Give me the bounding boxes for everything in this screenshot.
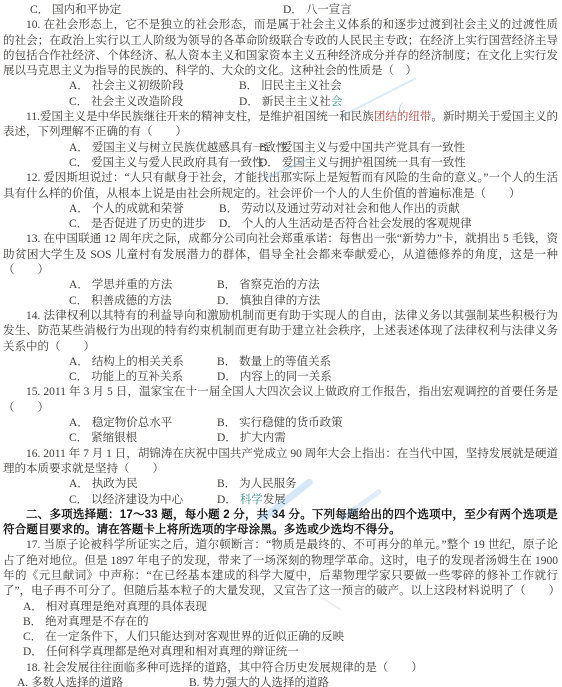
option-label: C． <box>30 4 49 16</box>
text-segment: 11.爱国主义是中华民族继往开来的精神支柱，是维护祖国统一和民族 <box>26 111 374 123</box>
option-C: C．积善成德的方法 <box>69 294 217 309</box>
option-D: D．八一宣言 <box>283 3 352 18</box>
text-segment: 爱国主义与爱人民政府具有一致性 <box>91 157 264 169</box>
text-segment: 发展 <box>263 494 286 506</box>
option-D: D．科学发展 <box>217 493 286 508</box>
option-label: D． <box>259 157 279 169</box>
text-segment: 14. 法律权利以其特有的利益导向和激励机制而更有助于实现人的自由，法律义务以其… <box>3 310 558 353</box>
text-segment: 相对真理是绝对真理的具体表现 <box>46 601 207 613</box>
option-label: D． <box>239 96 259 108</box>
option-C: C．功能上的互补关系 <box>69 370 217 385</box>
options-row: A．社会主义初级阶段B．旧民主主义社会 <box>3 79 558 94</box>
option-C: C．以经济建设为中心 <box>69 493 217 508</box>
options-row: A．学思并重的方法B．省察克治的方法 <box>3 278 558 293</box>
option-A: A．个人的成就和荣誉 <box>69 202 219 217</box>
question-13: 13. 在中国联通 12 周年庆之际，成都分公司向社会郑重承诺：每售出一张“新势… <box>3 232 558 308</box>
option-B: B．爱国主义与爱中国共产党具有一致性 <box>259 141 465 156</box>
option-A: A．相对真理是绝对真理的具体表现 <box>23 600 207 615</box>
text-segment: 数量上的等值关系 <box>239 356 331 368</box>
option-label: A． <box>69 279 89 291</box>
option-B: B．旧民主主义社会 <box>239 79 342 94</box>
question-15: 15. 2011 年 3 月 5 日，温家宝在十一届全国人大四次会议上做政府工作… <box>3 385 558 446</box>
options-row: A．个人的成就和荣誉B．劳动以及通过劳动对社会和他人作出的贡献 <box>3 202 558 217</box>
question-stem: 17. 当原子论被科学所证实之后，道尔顿断言：“物质是最终的、不可再分的单元。”… <box>3 538 558 599</box>
text-segment: 会 <box>331 96 343 108</box>
text-segment: 稳定物价总水平 <box>92 417 173 429</box>
option-label: A． <box>69 203 89 215</box>
option-B: B．为人民服务 <box>217 477 297 492</box>
option-label: C． <box>69 371 88 383</box>
option-label: C． <box>69 494 88 506</box>
text-segment: 学思并重的方法 <box>92 279 173 291</box>
text-segment: 省察克治的方法 <box>239 279 320 291</box>
option-label: C． <box>69 432 88 444</box>
question-stem: 16. 2011 年 7 月 1 日，胡锦涛在庆祝中国共产党成立 90 周年大会… <box>3 447 558 478</box>
option-label: A． <box>69 142 89 154</box>
option-A: A．稳定物价总水平 <box>69 416 217 431</box>
option-text: 国内和平协定 <box>52 4 121 16</box>
option-label: B． <box>217 417 236 429</box>
options-row: C．社会主义改造阶段D．新民主主义社会 <box>3 95 558 110</box>
option-A: A．爱国主义与树立民族优越感具有一致性 <box>69 141 259 156</box>
text-segment: 17. 当原子论被科学所证实之后，道尔顿断言：“物质是最终的、不可再分的单元。”… <box>3 539 560 597</box>
orphan-option-row: C．国内和平协定 D．八一宣言 <box>3 3 558 18</box>
option-label: A． <box>23 601 43 613</box>
options-row: A．稳定物价总水平B．实行稳健的货币政策 <box>3 416 558 431</box>
question-17: 17. 当原子论被科学所证实之后，道尔顿断言：“物质是最终的、不可再分的单元。”… <box>3 538 558 660</box>
question-stem: 14. 法律权利以其特有的利益导向和激励机制而更有助于实现人的自由，法律义务以其… <box>3 309 558 355</box>
option-label: B． <box>219 203 238 215</box>
question-18: 18. 社会发展往往面临多种可选择的道路，其中符合历史发展规律的是（ ）A.多数… <box>3 661 558 687</box>
text-segment: 绝对真理是不存在的 <box>45 616 149 628</box>
options-row: A．相对真理是绝对真理的具体表现 <box>3 600 558 615</box>
text-segment: 执政为民 <box>92 478 138 490</box>
options-row: A.多数人选择的道路B.势力强大的人选择的道路 <box>3 676 558 687</box>
text-segment: 团结的纽带 <box>374 111 432 123</box>
option-C: C．在一定条件下，人们只能达到对客观世界的近似正确的反映 <box>23 630 344 645</box>
options-row: C．爱国主义与爱人民政府具有一致性D．爱国主义与拥护祖国统一具有一致性 <box>3 156 558 171</box>
text-segment: 为人民服务 <box>239 478 297 490</box>
options-row: C．是否促进了历史的进步D．个人的人生活动是否符合社会发展的客观规律 <box>3 217 558 232</box>
option-label: B． <box>217 356 236 368</box>
option-label: B． <box>217 279 236 291</box>
text-segment: 13. 在中国联通 12 周年庆之际，成都分公司向社会郑重承诺：每售出一张“新势… <box>3 233 558 276</box>
text-segment: 紧缩银根 <box>91 432 137 444</box>
options-row: A．执政为民B．为人民服务 <box>3 477 558 492</box>
options-row: C．功能上的互补关系D．内容上的同一关系 <box>3 370 558 385</box>
option-D: D．新民主主义社会 <box>239 95 342 110</box>
option-A: A.多数人选择的道路 <box>17 676 189 687</box>
option-A: A．社会主义初级阶段 <box>69 79 239 94</box>
option-label: C． <box>69 96 88 108</box>
text-segment: 爱国主义与树立民族优越感具有一致性 <box>92 142 288 154</box>
text-segment: 扩大内需 <box>240 432 286 444</box>
text-segment: 势力强大的人选择的道路 <box>203 677 330 687</box>
exam-page: C．国内和平协定 D．八一宣言 10. 在社会形态上，它不是独立的社会形态，而是… <box>0 0 562 687</box>
option-C: C．紧缩银根 <box>69 431 217 446</box>
question-14: 14. 法律权利以其特有的利益导向和激励机制而更有助于实现人的自由，法律义务以其… <box>3 309 558 385</box>
options-row: D．任何科学真理都是绝对真理和相对真理的辩证统一 <box>3 645 558 660</box>
text-segment: 12. 爱因斯坦说过：“人只有献身于社会，才能找出那实际上是短暂而有风险的生命的… <box>3 172 558 199</box>
text-segment: 科学 <box>240 494 263 506</box>
option-C: C．国内和平协定 <box>30 3 283 18</box>
question-12: 12. 爱因斯坦说过：“人只有献身于社会，才能找出那实际上是短暂而有风险的生命的… <box>3 171 558 232</box>
text-segment: 在一定条件下，人们只能达到对客观世界的近似正确的反映 <box>45 631 344 643</box>
options-row: C．紧缩银根D．扩大内需 <box>3 431 558 446</box>
option-label: C． <box>23 631 42 643</box>
text-segment: 实行稳健的货币政策 <box>239 417 343 429</box>
question-stem: 10. 在社会形态上，它不是独立的社会形态，而是属于社会主义体系的和逐步过渡到社… <box>3 18 558 79</box>
option-A: A．结构上的相关关系 <box>69 355 217 370</box>
text-segment: 多数人选择的道路 <box>31 677 123 687</box>
text-segment: 爱国主义与拥护祖国统一具有一致性 <box>282 157 466 169</box>
option-D: D．个人的人生活动是否符合社会发展的客观规律 <box>219 217 472 232</box>
option-B: B．劳动以及通过劳动对社会和他人作出的贡献 <box>219 202 460 217</box>
option-C: C．社会主义改造阶段 <box>69 95 239 110</box>
option-D: D．任何科学真理都是绝对真理和相对真理的辩证统一 <box>23 645 299 660</box>
option-D: D．慎独自律的方法 <box>217 294 320 309</box>
option-label: C． <box>69 218 88 230</box>
multi-choice-questions: 17. 当原子论被科学所证实之后，道尔顿断言：“物质是最终的、不可再分的单元。”… <box>3 538 558 687</box>
option-text: 八一宣言 <box>306 4 352 16</box>
options-row: A．爱国主义与树立民族优越感具有一致性B．爱国主义与爱中国共产党具有一致性 <box>3 141 558 156</box>
option-label: A． <box>69 417 89 429</box>
option-C: C．爱国主义与爱人民政府具有一致性 <box>69 156 259 171</box>
options-row: C．积善成德的方法D．慎独自律的方法 <box>3 294 558 309</box>
text-segment: 旧民主主义社会 <box>261 80 342 92</box>
option-label: A． <box>69 356 89 368</box>
text-segment: 积善成德的方法 <box>91 295 172 307</box>
option-label: C． <box>69 295 88 307</box>
options-row: C．以经济建设为中心D．科学发展 <box>3 493 558 508</box>
text-segment: 以经济建设为中心 <box>91 494 183 506</box>
options-row: C．在一定条件下，人们只能达到对客观世界的近似正确的反映 <box>3 630 558 645</box>
option-label: D． <box>217 432 237 444</box>
text-segment: 爱国主义与爱中国共产党具有一致性 <box>281 142 465 154</box>
option-A: A．学思并重的方法 <box>69 278 217 293</box>
text-segment: 10. 在社会形态上，它不是独立的社会形态，而是属于社会主义体系的和逐步过渡到社… <box>3 19 558 77</box>
option-label: B． <box>259 142 278 154</box>
question-16: 16. 2011 年 7 月 1 日，胡锦涛在庆祝中国共产党成立 90 周年大会… <box>3 447 558 508</box>
option-label: B． <box>217 478 236 490</box>
text-segment: 结构上的相关关系 <box>92 356 184 368</box>
text-segment: 社会主义改造阶段 <box>91 96 183 108</box>
single-choice-questions: 10. 在社会形态上，它不是独立的社会形态，而是属于社会主义体系的和逐步过渡到社… <box>3 18 558 508</box>
question-stem: 15. 2011 年 3 月 5 日，温家宝在十一届全国人大四次会议上做政府工作… <box>3 385 558 416</box>
option-label: D． <box>217 371 237 383</box>
option-B: B．实行稳健的货币政策 <box>217 416 343 431</box>
text-segment: 16. 2011 年 7 月 1 日，胡锦涛在庆祝中国共产党成立 90 周年大会… <box>3 448 558 475</box>
text-segment: 慎独自律的方法 <box>240 295 321 307</box>
option-A: A．执政为民 <box>69 477 217 492</box>
text-segment: 18. 社会发展往往面临多种可选择的道路，其中符合历史发展规律的是（ ） <box>26 662 423 674</box>
question-stem: 11.爱国主义是中华民族继往开来的精神支柱，是维护祖国统一和民族团结的纽带。新时… <box>3 110 558 141</box>
option-B: B．省察克治的方法 <box>217 278 320 293</box>
option-label: C． <box>69 157 88 169</box>
option-label: D． <box>217 295 237 307</box>
text-segment: 个人的人生活动是否符合社会发展的客观规律 <box>242 218 472 230</box>
text-segment: 是否促进了历史的进步 <box>91 218 206 230</box>
option-label: B． <box>23 616 42 628</box>
option-label: A． <box>69 478 89 490</box>
option-D: D．扩大内需 <box>217 431 286 446</box>
option-label: D． <box>217 494 237 506</box>
option-label: D． <box>23 646 43 658</box>
question-stem: 12. 爱因斯坦说过：“人只有献身于社会，才能找出那实际上是短暂而有风险的生命的… <box>3 171 558 202</box>
question-11: 11.爱国主义是中华民族继往开来的精神支柱，是维护祖国统一和民族团结的纽带。新时… <box>3 110 558 171</box>
text-segment: 任何科学真理都是绝对真理和相对真理的辩证统一 <box>46 646 299 658</box>
option-B: B．绝对真理是不存在的 <box>23 615 149 630</box>
text-segment: 个人的成就和荣誉 <box>92 203 184 215</box>
text-segment: 15. 2011 年 3 月 5 日，温家宝在十一届全国人大四次会议上做政府工作… <box>3 386 558 413</box>
option-B: B.势力强大的人选择的道路 <box>189 676 329 687</box>
text-segment: 功能上的互补关系 <box>91 371 183 383</box>
text-segment: 劳动以及通过劳动对社会和他人作出的贡献 <box>241 203 460 215</box>
option-D: D．内容上的同一关系 <box>217 370 332 385</box>
option-label: D． <box>219 218 239 230</box>
text-segment: 内容上的同一关系 <box>240 371 332 383</box>
question-10: 10. 在社会形态上，它不是独立的社会形态，而是属于社会主义体系的和逐步过渡到社… <box>3 18 558 110</box>
option-label: B． <box>239 80 258 92</box>
option-C: C．是否促进了历史的进步 <box>69 217 219 232</box>
options-row: A．结构上的相关关系B．数量上的等值关系 <box>3 355 558 370</box>
option-D: D．爱国主义与拥护祖国统一具有一致性 <box>259 156 466 171</box>
options-row: B．绝对真理是不存在的 <box>3 615 558 630</box>
option-label: A. <box>17 677 28 687</box>
option-label: D． <box>283 4 303 16</box>
question-stem: 18. 社会发展往往面临多种可选择的道路，其中符合历史发展规律的是（ ） <box>3 661 558 676</box>
section-header: 二、多项选择题：17～33 题，每小题 2 分，共 34 分。下列每题给出的四个… <box>3 508 558 539</box>
option-label: B. <box>189 677 200 687</box>
text-segment: 新民主主义社 <box>262 96 331 108</box>
question-stem: 13. 在中国联通 12 周年庆之际，成都分公司向社会郑重承诺：每售出一张“新势… <box>3 232 558 278</box>
option-B: B．数量上的等值关系 <box>217 355 331 370</box>
option-label: A． <box>69 80 89 92</box>
text-segment: 社会主义初级阶段 <box>92 80 184 92</box>
